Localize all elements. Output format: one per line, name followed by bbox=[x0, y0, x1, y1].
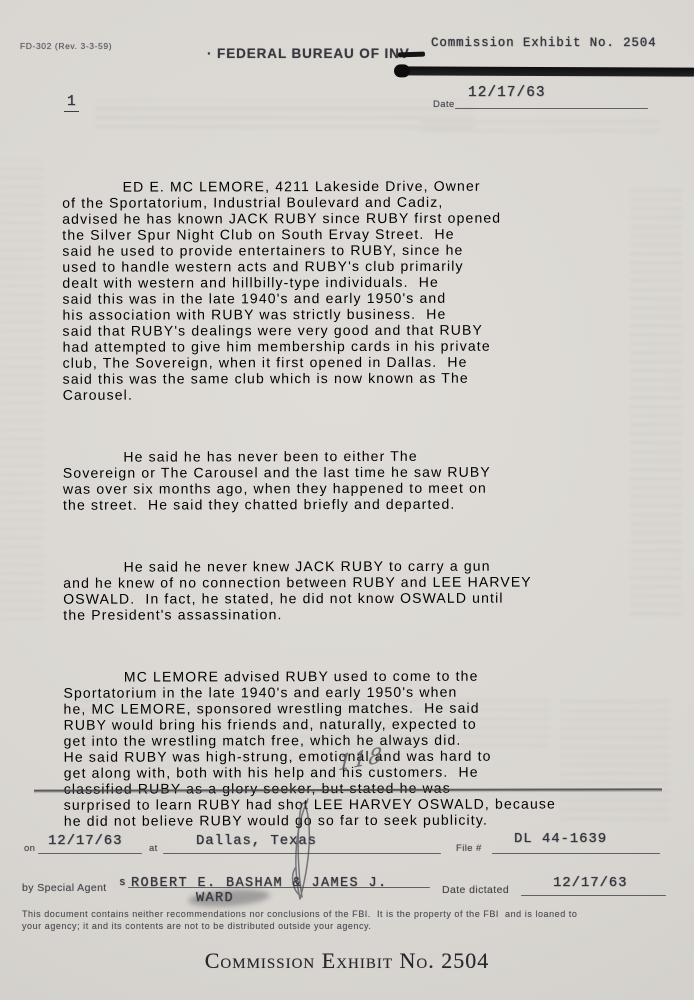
date-label: Date bbox=[433, 99, 455, 110]
body-paragraph-1: ED E. MC LEMORE, 4211 Lakeside Drive, Ow… bbox=[62, 177, 663, 403]
exhibit-caption: Commission Exhibit No. 2504 bbox=[0, 948, 694, 974]
page-number: 1 bbox=[64, 94, 79, 112]
special-agent-label: by Special Agent bbox=[22, 882, 107, 894]
file-number-value: DL 44-1639 bbox=[514, 831, 607, 847]
special-agent-plural-suffix: s bbox=[119, 877, 126, 889]
date-dictated-value: 12/17/63 bbox=[553, 875, 627, 891]
file-number-label: File # bbox=[456, 843, 482, 854]
redaction-dash bbox=[398, 52, 425, 58]
redaction-bar bbox=[396, 66, 694, 76]
date-value: 12/17/63 bbox=[468, 85, 546, 101]
at-label: at bbox=[149, 843, 158, 854]
agent-names: ROBERT E. BASHAM & JAMES J. bbox=[131, 876, 388, 891]
on-label: on bbox=[24, 843, 35, 854]
document-page: FD-302 (Rev. 3-3-59) · FEDERAL BUREAU OF… bbox=[0, 0, 694, 1000]
bleed-through-smudge bbox=[0, 160, 44, 620]
disclaimer-text: This document contains neither recommend… bbox=[22, 909, 677, 932]
date-dictated-underline bbox=[521, 895, 666, 896]
date-dictated-label: Date dictated bbox=[442, 884, 509, 896]
on-value: 12/17/63 bbox=[48, 833, 122, 849]
bureau-header: · FEDERAL BUREAU OF INV bbox=[207, 46, 410, 61]
exhibit-stamp: Commission Exhibit No. 2504 bbox=[431, 36, 656, 50]
bleed-through-smudge bbox=[95, 100, 475, 128]
body-paragraph-2: He said he has never been to either The … bbox=[63, 447, 663, 513]
date-underline bbox=[455, 108, 648, 109]
bleed-through-smudge bbox=[420, 118, 660, 132]
form-number: FD-302 (Rev. 3-3-59) bbox=[20, 41, 112, 51]
body-paragraph-3: He said he never knew JACK RUBY to carry… bbox=[63, 557, 663, 623]
